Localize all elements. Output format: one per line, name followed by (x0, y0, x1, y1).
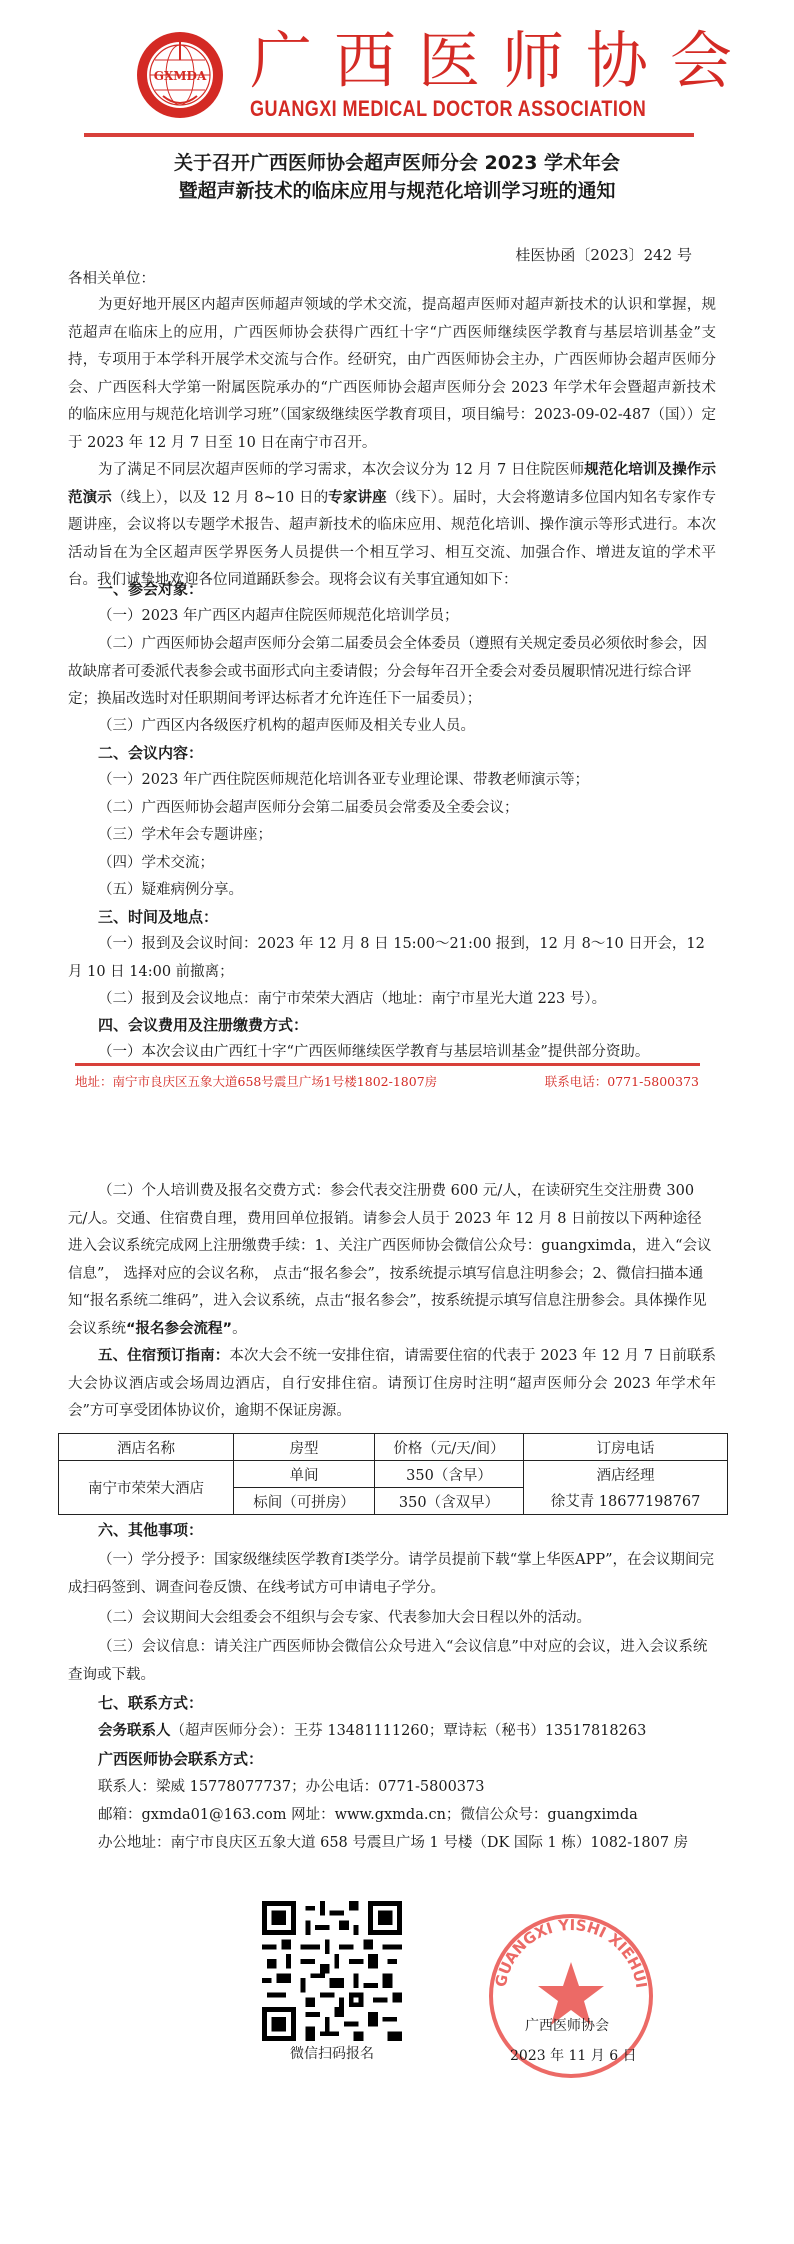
room-price: 350（含双早） (375, 1488, 524, 1515)
hotel-name: 南宁市荣荣大酒店 (59, 1461, 234, 1515)
table-header: 订房电话 (524, 1434, 728, 1461)
section-6-item: （二）会议期间大会组委会不组织与会专家、代表参加大会日程以外的活动。 (98, 1605, 716, 1633)
table-header: 价格（元/天/间） (375, 1434, 524, 1461)
room-type: 标间（可拼房） (234, 1488, 375, 1515)
booking-phone: 徐艾青 18677198767 (524, 1488, 728, 1515)
qr-caption: 微信扫码报名 (262, 2043, 402, 2063)
signing-date: 2023 年 11 月 6 日 (510, 2045, 637, 2065)
table-row: 南宁市荣荣大酒店 单间 350（含早） 酒店经理 (59, 1461, 728, 1488)
section-6-item: （三）会议信息：请关注广西医师协会微信公众号进入“会议信息”中对应的会议，进入会… (68, 1634, 716, 1689)
section-2-item: （四）学术交流； (98, 850, 716, 878)
association-contact-line: 办公地址：南宁市良庆区五象大道 658 号震旦广场 1 号楼（DK 国际 1 栋… (98, 1830, 716, 1858)
section-1-item: （一）2023 年广西区内超声住院医师规范化培训学员； (98, 603, 716, 631)
org-name-en: GUANGXI MEDICAL DOCTOR ASSOCIATION (250, 96, 646, 122)
section-1-item: （二）广西医师协会超声医师分会第二届委员会全体委员（遵照有关规定委员必须依时参会… (68, 631, 716, 714)
section-2-item: （二）广西医师协会超声医师分会第二届委员会常委及全委会议； (98, 795, 716, 823)
section-2-item: （三）学术年会专题讲座； (98, 822, 716, 850)
association-logo: GXMDA (135, 30, 225, 120)
footer-divider (75, 1063, 700, 1066)
notice-title-line1: 关于召开广西医师协会超声医师分会 2023 学术年会 (0, 148, 794, 175)
booking-contact: 酒店经理 (524, 1461, 728, 1488)
section-7-heading: 七、联系方式： (98, 1692, 203, 1713)
section-3-item: （一）报到及会议时间：2023 年 12 月 8 日 15:00～21:00 报… (68, 931, 716, 986)
room-type: 单间 (234, 1461, 375, 1488)
table-header: 酒店名称 (59, 1434, 234, 1461)
section-5: 五、住宿预订指南：本次大会不统一安排住宿，请需要住宿的代表于 2023 年 12… (68, 1343, 716, 1426)
svg-text:GXMDA: GXMDA (154, 69, 207, 83)
section-2-heading: 二、会议内容： (98, 742, 203, 763)
section-4-item: （二）个人培训费及报名交费方式：参会代表交注册费 600 元/人，在读研究生交注… (68, 1178, 716, 1343)
hotel-table: 酒店名称 房型 价格（元/天/间） 订房电话 南宁市荣荣大酒店 单间 350（含… (58, 1433, 728, 1515)
association-contact-heading: 广西医师协会联系方式： (98, 1748, 263, 1769)
room-price: 350（含早） (375, 1461, 524, 1488)
header-divider (84, 133, 694, 137)
section-4-heading: 四、会议费用及注册缴费方式： (98, 1014, 308, 1035)
registration-qr-code[interactable] (262, 1900, 402, 2042)
salutation: 各相关单位： (68, 266, 716, 294)
org-name-cn: 广西医师协会 (250, 26, 754, 96)
association-contact-line: 邮箱：gxmda01@163.com 网址：www.gxmda.cn；微信公众号… (98, 1802, 716, 1830)
meeting-contact: 会务联系人（超声医师分会）：王芬 13481111260；覃诗耘（秘书）1351… (98, 1718, 716, 1746)
association-contact-line: 联系人：梁威 15778077737；办公电话：0771-5800373 (98, 1774, 716, 1802)
section-6-item: （一）学分授予：国家级继续医学教育I类学分。请学员提前下载“掌上华医APP”，在… (68, 1547, 716, 1602)
section-3-heading: 三、时间及地点： (98, 906, 218, 927)
footer-address: 地址：南宁市良庆区五象大道658号震旦广场1号楼1802-1807房 (75, 1072, 437, 1090)
document-number: 桂医协函〔2023〕242 号 (515, 244, 692, 265)
section-6-heading: 六、其他事项： (98, 1519, 203, 1540)
section-1-heading: 一、参会对象： (98, 578, 203, 599)
notice-title-line2: 暨超声新技术的临床应用与规范化培训学习班的通知 (0, 176, 794, 203)
signing-organization: 广西医师协会 (525, 2015, 609, 2035)
section-1-item: （三）广西区内各级医疗机构的超声医师及相关专业人员。 (98, 713, 716, 741)
intro-paragraph-2: 为了满足不同层次超声医师的学习需求，本次会议分为 12 月 7 日住院医师规范化… (68, 457, 716, 595)
intro-paragraph-1: 为更好地开展区内超声医师超声领域的学术交流，提高超声医师对超声新技术的认识和掌握… (68, 292, 716, 457)
section-2-item: （五）疑难病例分享。 (98, 877, 716, 905)
footer-phone: 联系电话：0771-5800373 (545, 1072, 699, 1090)
section-2-item: （一）2023 年广西住院医师规范化培训各亚专业理论课、带教老师演示等； (98, 767, 716, 795)
section-3-item: （二）报到及会议地点：南宁市荣荣大酒店（地址：南宁市星光大道 223 号）。 (98, 986, 716, 1014)
table-header-row: 酒店名称 房型 价格（元/天/间） 订房电话 (59, 1434, 728, 1461)
table-header: 房型 (234, 1434, 375, 1461)
